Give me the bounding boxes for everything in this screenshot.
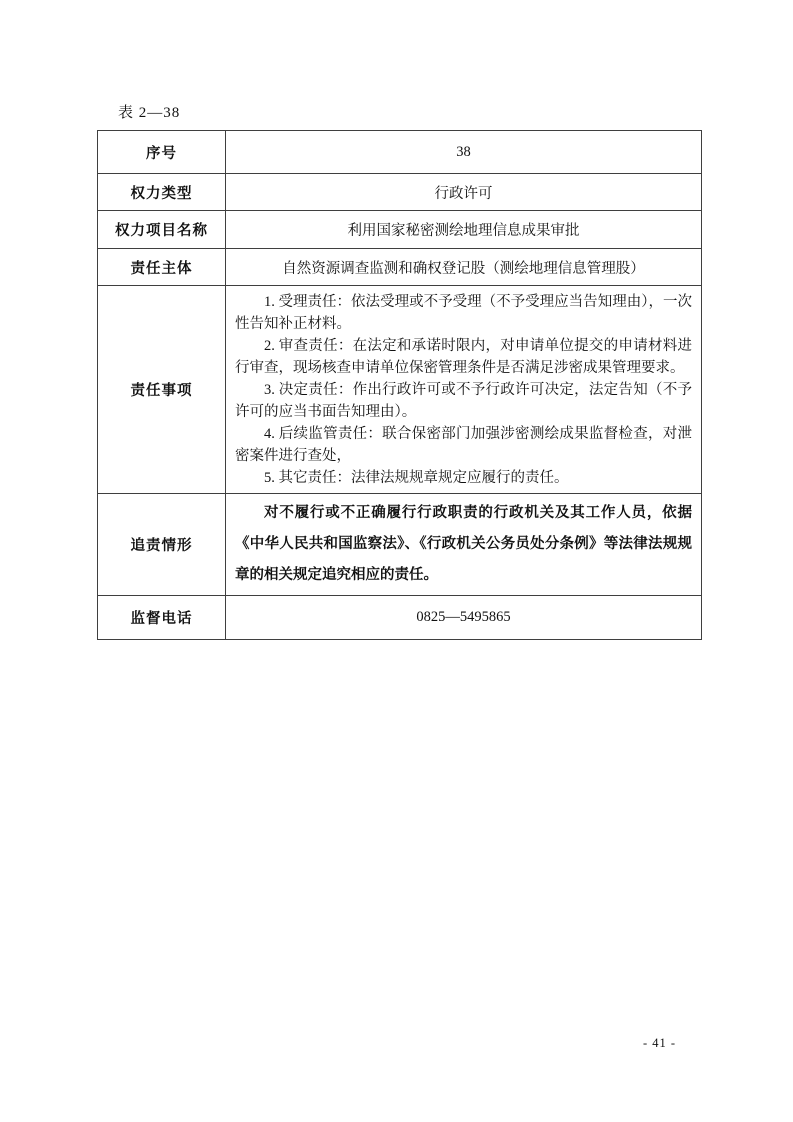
- responsibility-item-4: 4. 后续监管责任：联合保密部门加强涉密测绘成果监督检查，对泄密案件进行查处，: [235, 423, 692, 467]
- row-value-supervision-phone: 0825—5495865: [226, 596, 702, 640]
- responsibility-item-1: 1. 受理责任：依法受理或不予受理（不予受理应当告知理由），一次性告知补正材料。: [235, 291, 692, 335]
- row-value-project-name: 利用国家秘密测绘地理信息成果审批: [226, 211, 702, 249]
- row-value-sequence: 38: [226, 131, 702, 174]
- table-row-responsible-subject: 责任主体 自然资源调查监测和确权登记股（测绘地理信息管理股）: [98, 249, 702, 286]
- row-label-project-name: 权力项目名称: [98, 211, 226, 249]
- table-row-project-name: 权力项目名称 利用国家秘密测绘地理信息成果审批: [98, 211, 702, 249]
- responsibility-item-2: 2. 审查责任：在法定和承诺时限内，对申请单位提交的申请材料进行审查，现场核查申…: [235, 335, 692, 379]
- row-label-responsible-subject: 责任主体: [98, 249, 226, 286]
- responsibility-table: 序号 38 权力类型 行政许可 权力项目名称 利用国家秘密测绘地理信息成果审批 …: [97, 130, 702, 640]
- responsibility-item-3: 3. 决定责任：作出行政许可或不予行政许可决定，法定告知（不予许可的应当书面告知…: [235, 379, 692, 423]
- table-caption: 表 2—38: [118, 101, 180, 122]
- table-row-power-type: 权力类型 行政许可: [98, 174, 702, 211]
- table-row-responsibility-items: 责任事项 1. 受理责任：依法受理或不予受理（不予受理应当告知理由），一次性告知…: [98, 286, 702, 494]
- row-label-supervision-phone: 监督电话: [98, 596, 226, 640]
- row-value-responsible-subject: 自然资源调查监测和确权登记股（测绘地理信息管理股）: [226, 249, 702, 286]
- row-value-power-type: 行政许可: [226, 174, 702, 211]
- table-row-supervision-phone: 监督电话 0825—5495865: [98, 596, 702, 640]
- row-label-sequence: 序号: [98, 131, 226, 174]
- row-value-accountability: 对不履行或不正确履行行政职责的行政机关及其工作人员，依据《中华人民共和国监察法》…: [226, 494, 702, 596]
- table-row-accountability: 追责情形 对不履行或不正确履行行政职责的行政机关及其工作人员，依据《中华人民共和…: [98, 494, 702, 596]
- page-number: - 41 -: [643, 1036, 676, 1051]
- row-label-power-type: 权力类型: [98, 174, 226, 211]
- accountability-text: 对不履行或不正确履行行政职责的行政机关及其工作人员，依据《中华人民共和国监察法》…: [235, 498, 692, 591]
- responsibility-item-5: 5. 其它责任：法律法规规章规定应履行的责任。: [235, 467, 692, 489]
- row-label-accountability: 追责情形: [98, 494, 226, 596]
- row-value-responsibility-items: 1. 受理责任：依法受理或不予受理（不予受理应当告知理由），一次性告知补正材料。…: [226, 286, 702, 494]
- table-row-sequence: 序号 38: [98, 131, 702, 174]
- row-label-responsibility-items: 责任事项: [98, 286, 226, 494]
- document-page: 表 2—38 序号 38 权力类型 行政许可 权力项目名称 利用国家秘密测绘地理…: [0, 0, 793, 1122]
